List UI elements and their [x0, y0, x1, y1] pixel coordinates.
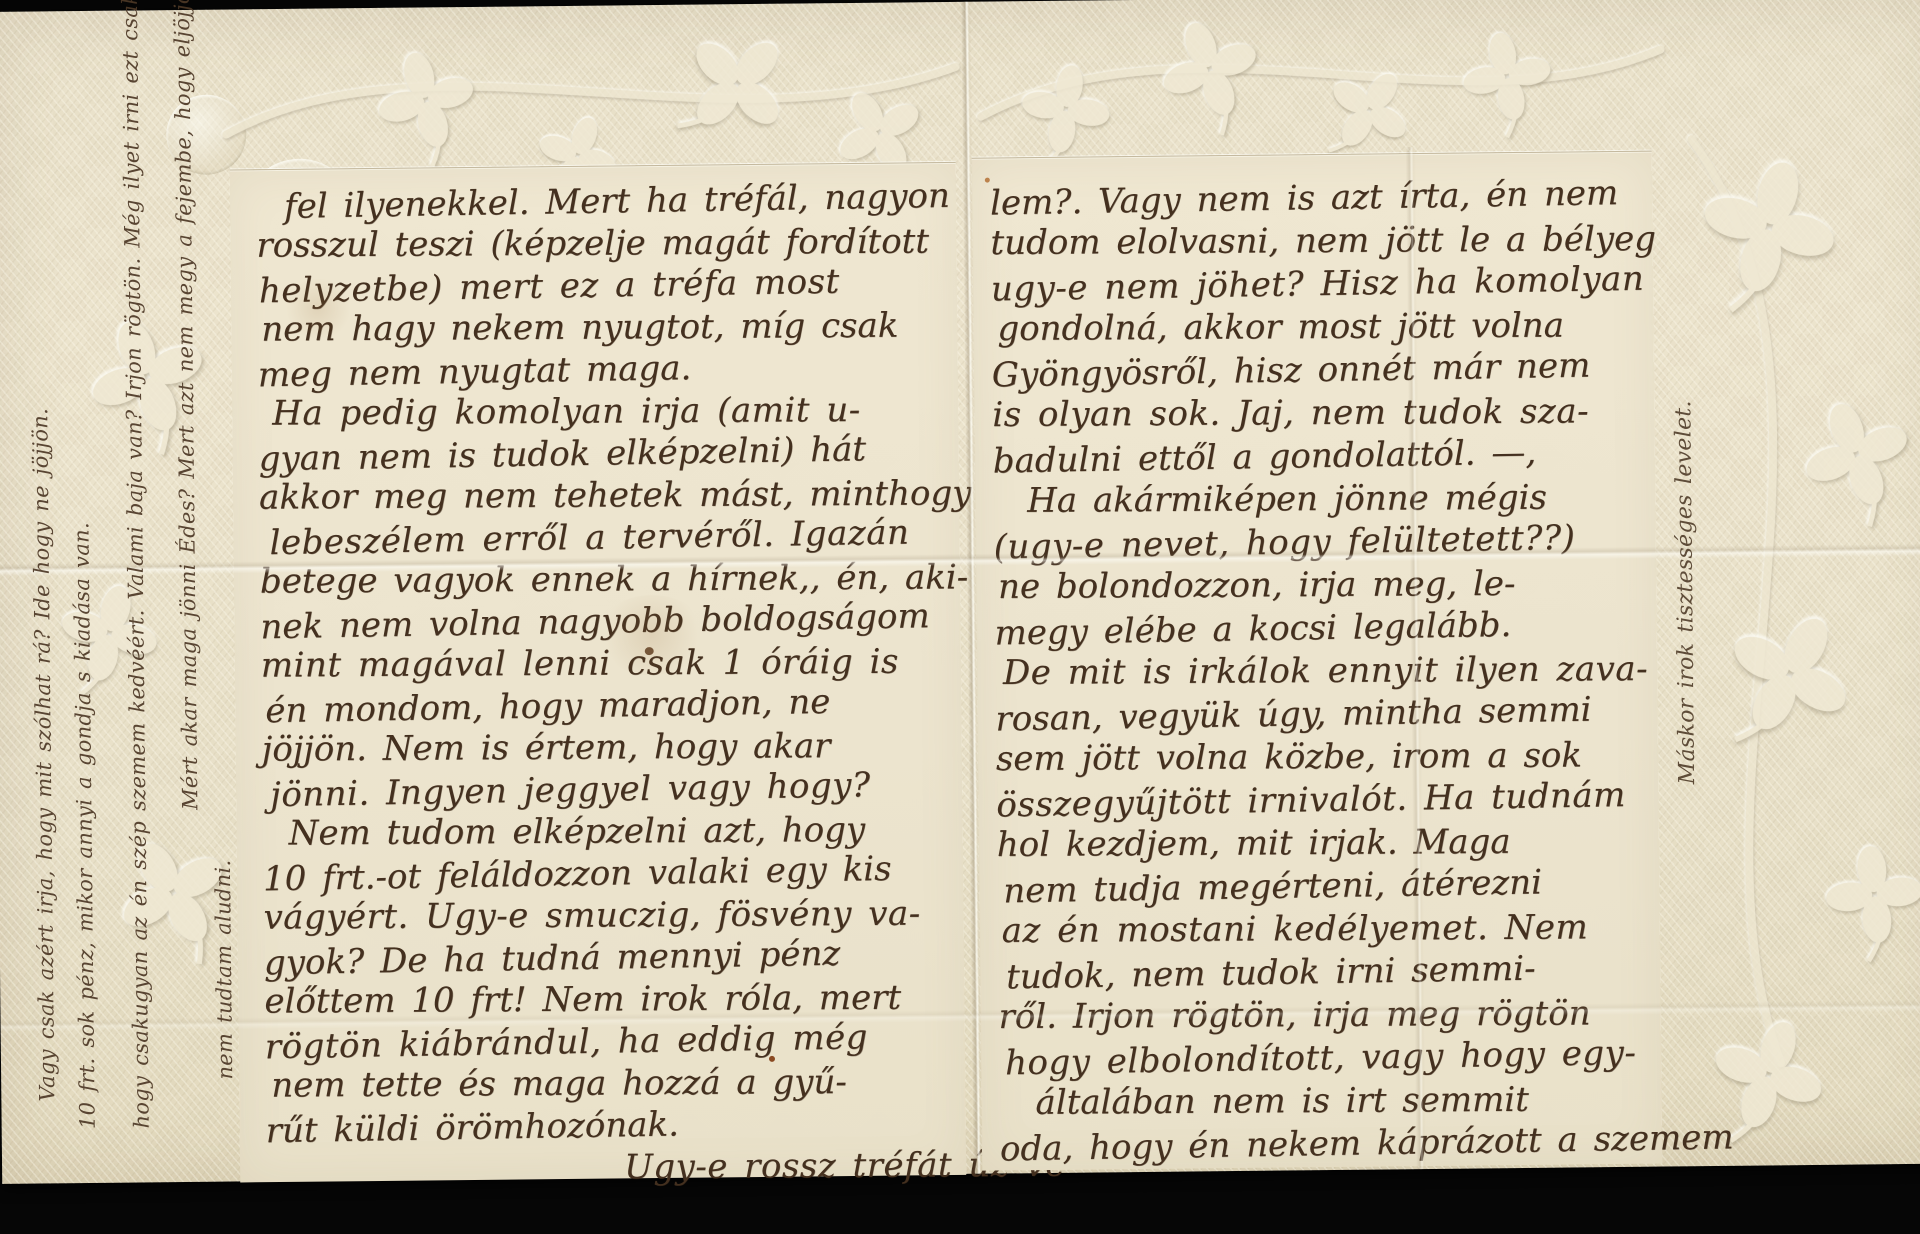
handwritten-line: oda, hogy én nekem káprázott a szemem	[1000, 1118, 1663, 1172]
handwritten-line: összegyűjtött irnivalót. Ha tudnám	[996, 774, 1659, 828]
handwritten-line: Ugy-e rossz tréfát űz ve-	[266, 1144, 966, 1190]
handwritten-line: is olyan sok. Jaj, nem tudok sza-	[992, 390, 1654, 437]
scan-backdrop: fel ilyenekkel. Mert ha tréfál, nagyonro…	[0, 0, 1920, 1234]
handwritten-line: De mit is irkálok ennyit ilyen zava-	[995, 648, 1657, 695]
margin-note-rotated: Máskor irok tisztességes levelet.	[1672, 400, 1700, 784]
margin-note-rotated: nem tudtam aludni.	[211, 859, 237, 1079]
handwritten-line: lem?. Vagy nem is azt írta, én nem	[990, 172, 1653, 226]
handwritten-line: tudok, nem tudok irni semmi-	[998, 946, 1661, 1000]
handwritten-line: gondolná, akkor most jött volna	[991, 304, 1653, 351]
handwritten-line: hol kezdjem, mit irjak. Maga	[997, 820, 1659, 867]
handwritten-line: badulni ettől a gondolattól. —,	[992, 430, 1655, 484]
handwritten-line: ne bolondozzon, irja meg, le-	[994, 562, 1656, 609]
embossed-clover-icon	[1817, 837, 1920, 974]
handwritten-line: rosan, vegyük úgy, mintha semmi	[995, 688, 1658, 742]
handwritten-line: Ha akármiképen jönne mégis	[993, 476, 1655, 523]
handwritten-line: hogy elbolondított, vagy hogy egy-	[999, 1032, 1662, 1086]
handwritten-line: sem jött volna közbe, irom a sok	[996, 734, 1658, 781]
ink-speck	[985, 178, 990, 183]
handwritten-line: az én mostani kedélyemet. Nem	[998, 906, 1660, 953]
handwritten-line: megy elébe a kocsi legalább.	[994, 602, 1657, 656]
handwritten-line: nem tudja megérteni, átérezni	[997, 860, 1660, 914]
handwritten-line: ugy-e nem jöhet? Hisz ha komolyan	[991, 258, 1654, 312]
handwritten-line: tudom elolvasni, nem jött le a bélyeg	[990, 218, 1652, 265]
ink-speck	[769, 1056, 775, 1062]
handwritten-line: általában nem is irt semmit	[999, 1078, 1661, 1125]
handwritten-line: Gyöngyösről, hisz onnét már nem	[992, 344, 1655, 398]
letter-sheet: fel ilyenekkel. Mert ha tréfál, nagyonro…	[0, 0, 1920, 1184]
